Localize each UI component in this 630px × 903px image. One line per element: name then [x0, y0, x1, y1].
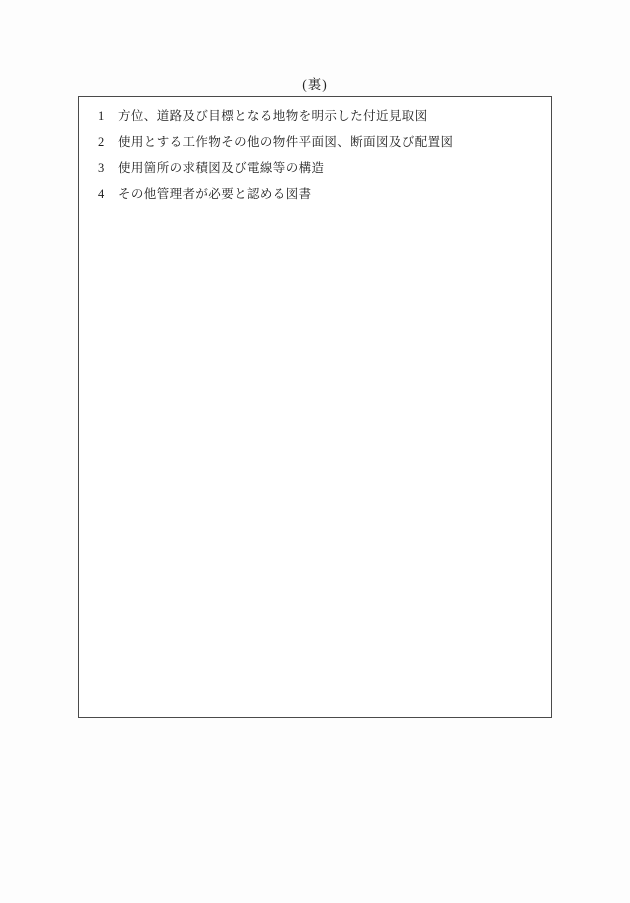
page-title: (裏)	[0, 73, 630, 93]
list-item: 3 使用箇所の求積図及び電線等の構造	[89, 155, 541, 181]
list-item: 4 その他管理者が必要と認める図書	[89, 181, 541, 207]
list-item-number: 4	[98, 181, 106, 207]
list-item-text: 使用箇所の求積図及び電線等の構造	[118, 155, 324, 181]
list-item-number: 1	[98, 103, 106, 129]
list-item-number: 3	[98, 155, 106, 181]
list-item: 2 使用とする工作物その他の物件平面図、断面図及び配置図	[89, 129, 541, 155]
attachment-list: 1 方位、道路及び目標となる地物を明示した付近見取図 2 使用とする工作物その他…	[89, 103, 541, 207]
list-item-text: その他管理者が必要と認める図書	[118, 181, 312, 207]
attachment-list-box: 1 方位、道路及び目標となる地物を明示した付近見取図 2 使用とする工作物その他…	[78, 96, 552, 718]
list-item-number: 2	[98, 129, 106, 155]
list-item: 1 方位、道路及び目標となる地物を明示した付近見取図	[89, 103, 541, 129]
list-item-text: 方位、道路及び目標となる地物を明示した付近見取図	[118, 103, 428, 129]
list-item-text: 使用とする工作物その他の物件平面図、断面図及び配置図	[118, 129, 453, 155]
